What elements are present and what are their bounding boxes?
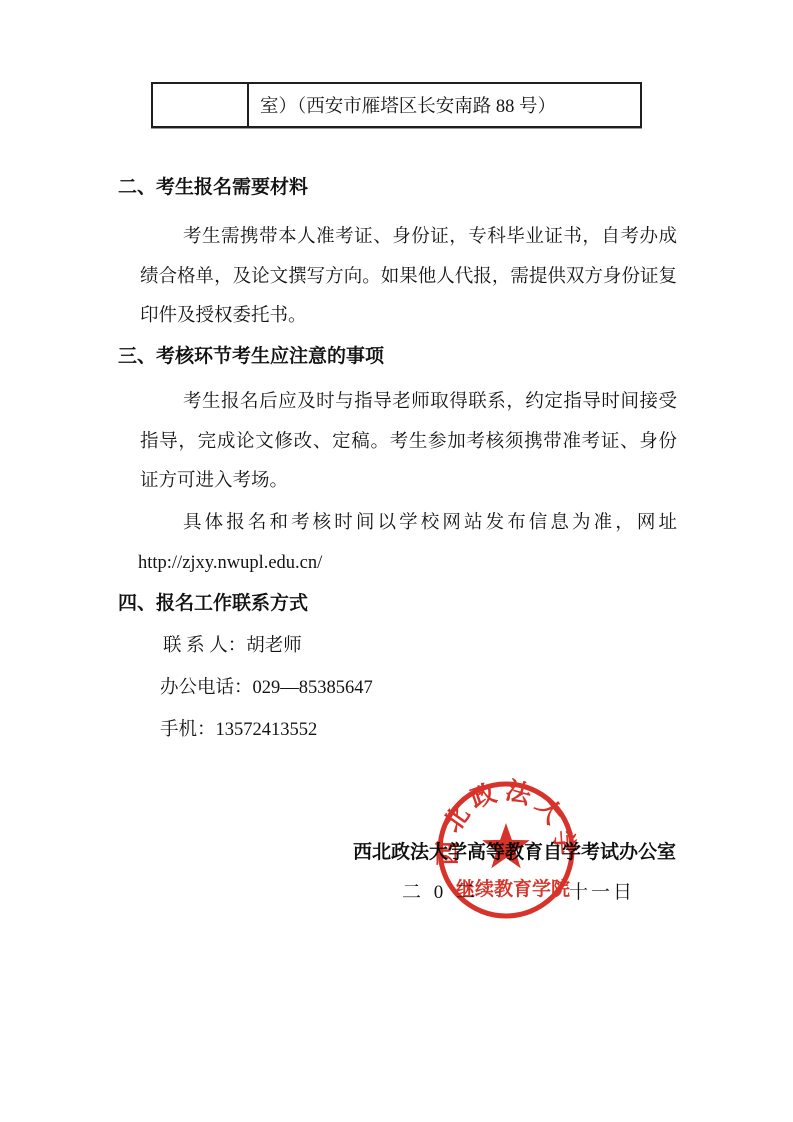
body-line: 印件及授权委托书。 bbox=[140, 304, 307, 328]
table-cell-address: 室）（西安市雁塔区长安南路 88 号） bbox=[249, 84, 640, 126]
body-line: 考生报名后应及时与指导老师取得联系，约定指导时间接受 bbox=[183, 390, 677, 414]
document-page: 室）（西安市雁塔区长安南路 88 号） 二、考生报名需要材料 考生需携带本人准考… bbox=[0, 0, 793, 1122]
body-line: 考生需携带本人准考证、身份证，专科毕业证书，自考办成 bbox=[183, 225, 677, 249]
date-fragment-left: 二 0 二 bbox=[402, 881, 479, 905]
office-phone-line: 办公电话：029—85385647 bbox=[160, 676, 373, 700]
contact-person-line: 联 系 人：胡老师 bbox=[163, 634, 302, 658]
body-line: 绩合格单，及论文撰写方向。如果他人代报，需提供双方身份证复 bbox=[140, 265, 677, 289]
body-line: 指导，完成论文修改、定稿。考生参加考核须携带准考证、身份 bbox=[140, 430, 677, 454]
date-fragment-right: 十一日 bbox=[569, 881, 635, 905]
address-table: 室）（西安市雁塔区长安南路 88 号） bbox=[151, 82, 642, 128]
section-heading-exam-notes: 三、考核环节考生应注意的事项 bbox=[118, 345, 384, 369]
body-line: 具体报名和考核时间以学校网站发布信息为准，网址 bbox=[183, 511, 677, 535]
mobile-phone-line: 手机：13572413552 bbox=[160, 718, 317, 742]
website-url-text: http://zjxy.nwupl.edu.cn/ bbox=[138, 551, 322, 575]
body-line: 证方可进入考场。 bbox=[140, 469, 288, 493]
section-heading-contact: 四、报名工作联系方式 bbox=[118, 592, 308, 616]
table-cell-empty bbox=[153, 84, 249, 126]
section-heading-materials: 二、考生报名需要材料 bbox=[118, 176, 308, 200]
signature-office-name: 西北政法大学高等教育自学考试办公室 bbox=[353, 841, 676, 865]
